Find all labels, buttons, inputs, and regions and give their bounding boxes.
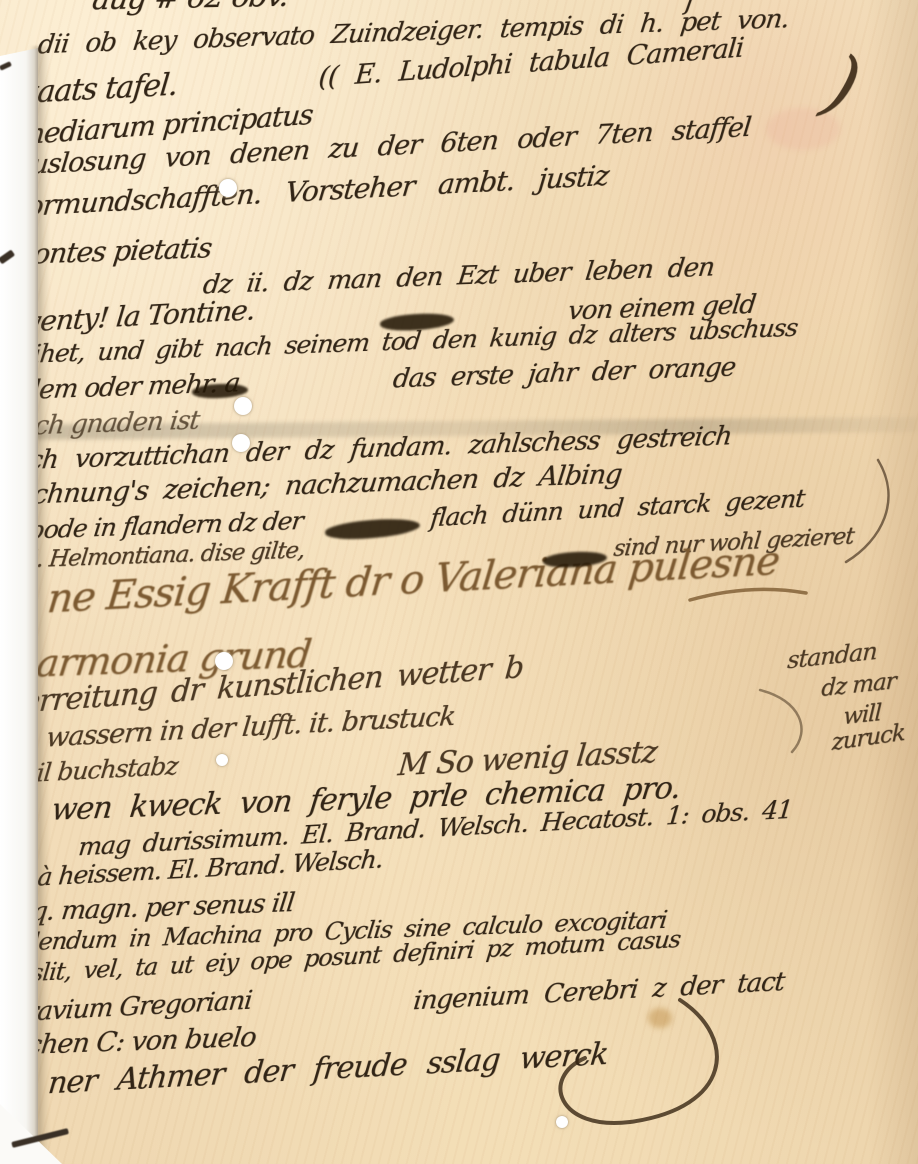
paper-right-edge-shading (858, 0, 918, 1164)
pinhole (215, 652, 233, 670)
manuscript-scan: aug # 62 obv.ſdii ob key observato Zuind… (0, 0, 918, 1164)
scan-left-white-edge (0, 0, 38, 1164)
pinhole (556, 1116, 568, 1128)
pinhole (219, 179, 237, 197)
pinhole (234, 397, 252, 415)
paper-stain (648, 1008, 672, 1028)
pinhole (216, 754, 228, 766)
pinhole (232, 434, 250, 452)
